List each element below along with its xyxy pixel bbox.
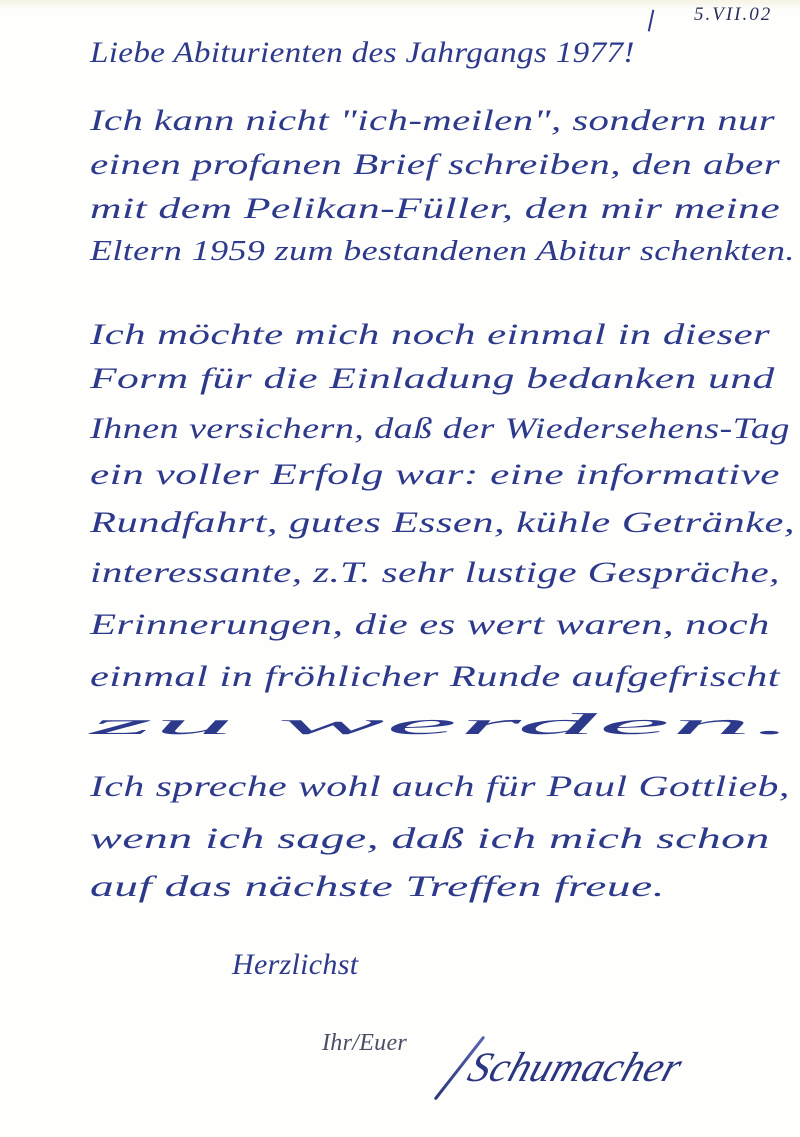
paper-top-edge: [0, 0, 800, 10]
body-line: einmal in fröhlicher Runde aufgefrischt: [90, 660, 780, 694]
letter-valediction: Ihr/Euer: [322, 1030, 407, 1057]
body-line: Ich spreche wohl auch für Paul Gottlieb,: [90, 770, 790, 804]
body-line: Ich möchte mich noch einmal in dieser: [90, 318, 770, 352]
letter-greeting: Liebe Abiturienten des Jahrgangs 1977!: [90, 36, 635, 70]
body-line: interessante, z.T. sehr lustige Gespräch…: [90, 556, 780, 590]
body-line: Erinnerungen, die es wert waren, noch: [90, 608, 770, 642]
letter-page: 5.VII.02 Liebe Abiturienten des Jahrgang…: [0, 0, 800, 1137]
letter-signature: Schumacher: [462, 1044, 688, 1092]
date-mark: [648, 10, 658, 33]
body-line: Ich kann nicht "ich-meilen", sondern nur: [90, 104, 775, 138]
body-line: zu werden.: [90, 708, 795, 742]
letter-closing: Herzlichst: [232, 948, 358, 982]
body-line: Rundfahrt, gutes Essen, kühle Getränke,: [90, 506, 795, 540]
body-line: einen profanen Brief schreiben, den aber: [90, 148, 780, 182]
body-line: Eltern 1959 zum bestandenen Abitur schen…: [90, 236, 795, 268]
body-line: ein voller Erfolg war: eine informative: [90, 458, 780, 492]
body-line: mit dem Pelikan-Füller, den mir meine: [90, 192, 780, 226]
body-line: Ihnen versichern, daß der Wiedersehens-T…: [90, 412, 790, 446]
body-line: auf das nächste Treffen freue.: [90, 870, 665, 904]
letter-date: 5.VII.02: [694, 4, 772, 26]
body-line: wenn ich sage, daß ich mich schon: [90, 822, 770, 856]
body-line: Form für die Einladung bedanken und: [90, 362, 775, 396]
